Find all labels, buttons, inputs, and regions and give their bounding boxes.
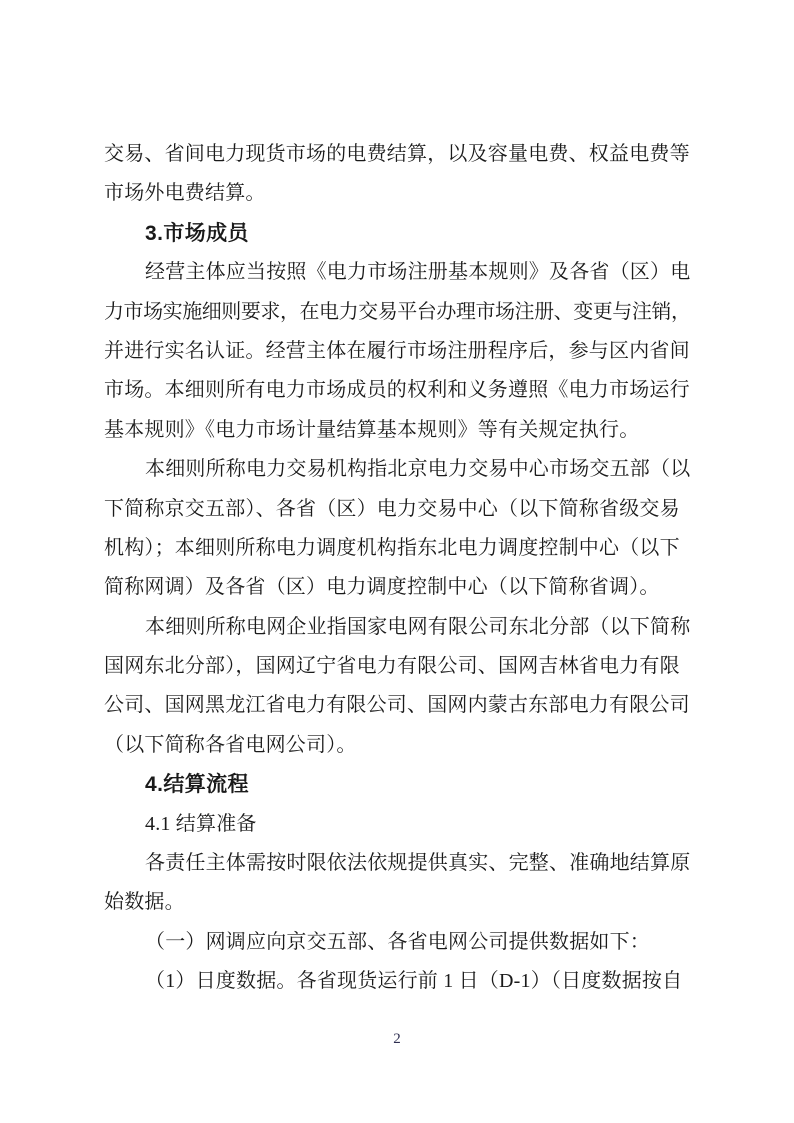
document-page: 交易、省间电力现货市场的电费结算，以及容量电费、权益电费等 市场外电费结算。 3… [0, 0, 794, 1123]
body-line: （1）日度数据。各省现货运行前 1 日（D-1）（日度数据按自 [104, 962, 694, 1001]
page-number: 2 [0, 1028, 794, 1050]
heading-3-market-members: 3.市场成员 [104, 214, 694, 253]
body-line: （一）网调应向京交五部、各省电网公司提供数据如下： [104, 923, 694, 962]
body-line: 市场。本细则所有电力市场成员的权利和义务遵照《电力市场运行 [104, 371, 694, 410]
body-line: 基本规则》《电力市场计量结算基本规则》等有关规定执行。 [104, 411, 694, 450]
heading-4-settlement-process: 4.结算流程 [104, 765, 694, 804]
body-line: 机构）；本细则所称电力调度机构指东北电力调度控制中心（以下 [104, 529, 694, 568]
body-line: 简称网调）及各省（区）电力调度控制中心（以下简称省调）。 [104, 568, 694, 607]
body-line: 并进行实名认证。经营主体在履行市场注册程序后，参与区内省间 [104, 332, 694, 371]
body-line: 各责任主体需按时限依法依规提供真实、完整、准确地结算原 [104, 844, 694, 883]
body-line: 市场外电费结算。 [104, 174, 694, 213]
body-line: 本细则所称电力交易机构指北京电力交易中心市场交五部（以 [104, 450, 694, 489]
body-line: 国网东北分部），国网辽宁省电力有限公司、国网吉林省电力有限 [104, 647, 694, 686]
body-line: 交易、省间电力现货市场的电费结算，以及容量电费、权益电费等 [104, 135, 694, 174]
subheading-4-1-settlement-preparation: 4.1 结算准备 [104, 805, 694, 844]
body-line: 经营主体应当按照《电力市场注册基本规则》及各省（区）电 [104, 253, 694, 292]
document-text: 交易、省间电力现货市场的电费结算，以及容量电费、权益电费等 市场外电费结算。 3… [104, 135, 694, 1002]
body-line: 本细则所称电网企业指国家电网有限公司东北分部（以下简称 [104, 608, 694, 647]
body-line: 公司、国网黑龙江省电力有限公司、国网内蒙古东部电力有限公司 [104, 686, 694, 725]
body-line: 始数据。 [104, 883, 694, 922]
body-line: （以下简称各省电网公司）。 [104, 726, 694, 765]
body-line: 力市场实施细则要求，在电力交易平台办理市场注册、变更与注销， [104, 293, 694, 332]
body-line: 下简称京交五部）、各省（区）电力交易中心（以下简称省级交易 [104, 490, 694, 529]
